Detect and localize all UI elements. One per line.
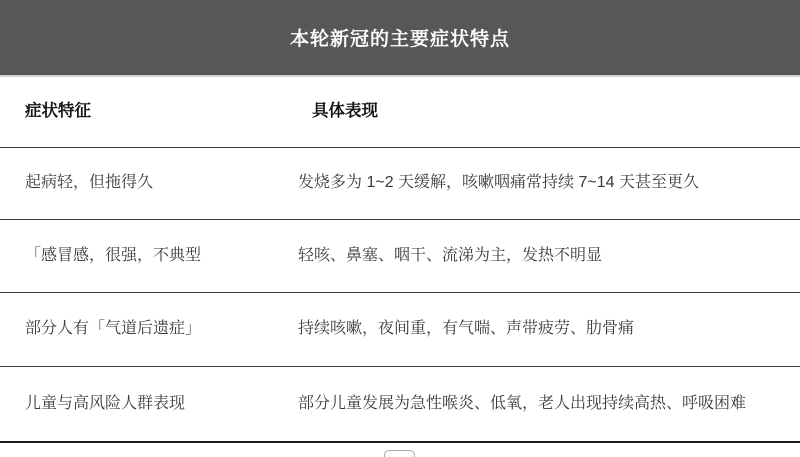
table-row: 起病轻，但拖得久 发烧多为 1~2 天缓解，咳嗽咽痛常持续 7~14 天甚至更久 <box>0 148 800 220</box>
title-bar: 本轮新冠的主要症状特点 <box>0 0 800 77</box>
table-header-row: 症状特征 具体表现 <box>0 77 800 148</box>
detail-cell: 部分儿童发展为急性喉炎、低氧，老人出现持续高热、呼吸困难 <box>298 394 800 415</box>
symptom-feature-cell: 「感冒感，很强，不典型 <box>25 246 298 267</box>
page: 本轮新冠的主要症状特点 症状特征 具体表现 起病轻，但拖得久 发烧多为 1~2 … <box>0 0 800 457</box>
detail-cell: 轻咳、鼻塞、咽干、流涕为主，发热不明显 <box>298 246 800 267</box>
symptom-feature-cell: 儿童与高风险人群表现 <box>25 394 298 415</box>
symptom-feature-cell: 部分人有「气道后遗症」 <box>25 319 298 340</box>
table-row: 部分人有「气道后遗症」 持续咳嗽，夜间重，有气喘、声带疲劳、肋骨痛 <box>0 293 800 367</box>
table-row: 「感冒感，很强，不典型 轻咳、鼻塞、咽干、流涕为主，发热不明显 <box>0 220 800 293</box>
page-title: 本轮新冠的主要症状特点 <box>290 24 510 51</box>
bottom-partial-button[interactable] <box>384 450 415 457</box>
column-header-detail: 具体表现 <box>298 101 800 122</box>
column-header-symptom-feature: 症状特征 <box>25 101 298 122</box>
symptom-feature-cell: 起病轻，但拖得久 <box>25 173 298 194</box>
symptoms-table: 症状特征 具体表现 起病轻，但拖得久 发烧多为 1~2 天缓解，咳嗽咽痛常持续 … <box>0 77 800 443</box>
detail-cell: 发烧多为 1~2 天缓解，咳嗽咽痛常持续 7~14 天甚至更久 <box>298 173 800 194</box>
detail-cell: 持续咳嗽，夜间重，有气喘、声带疲劳、肋骨痛 <box>298 319 800 340</box>
table-row: 儿童与高风险人群表现 部分儿童发展为急性喉炎、低氧，老人出现持续高热、呼吸困难 <box>0 367 800 443</box>
